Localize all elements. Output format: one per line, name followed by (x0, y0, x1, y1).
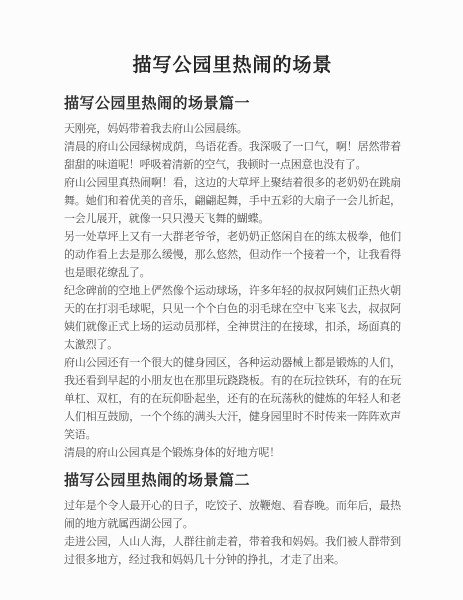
paragraph: 纪念碑前的空地上俨然像个运动球场，许多年轻的叔叔阿姨们正热火朝天的在打羽毛球呢，… (64, 282, 401, 354)
paragraph: 清晨的府山公园真是个锻炼身体的好地方呢！ (64, 444, 401, 462)
paragraph: 府山公园还有一个很大的健身园区，各种运动器械上都是锻炼的人们，我还看到早起的小朋… (64, 354, 401, 444)
document-title: 描写公园里热闹的场景 (64, 54, 401, 78)
paragraph: 过年是个令人最开心的日子，吃饺子、放鞭炮、看春晚。而年后，最热闹的地方就属西湖公… (64, 497, 401, 533)
paragraph: 天刚亮，妈妈带着我去府山公园晨练。 (64, 120, 401, 138)
paragraph: 清晨的府山公园绿树成荫，鸟语花香。我深吸了一口气，啊！居然带着甜甜的味道呢！呼吸… (64, 138, 401, 174)
section-1-heading: 描写公园里热闹的场景篇一 (64, 95, 401, 114)
essay-section-1: 描写公园里热闹的场景篇一 天刚亮，妈妈带着我去府山公园晨练。 清晨的府山公园绿树… (64, 95, 401, 462)
paragraph: 走进公园，人山人海，人群往前走着，带着我和妈妈。我们被人群带到过很多地方，经过我… (64, 533, 401, 569)
section-2-heading: 描写公园里热闹的场景篇二 (64, 472, 401, 491)
paragraph: 府山公园里真热闹啊！看，这边的大草坪上聚结着很多的老奶奶在跳扇舞。她们和着优美的… (64, 174, 401, 228)
essay-section-2: 描写公园里热闹的场景篇二 过年是个令人最开心的日子，吃饺子、放鞭炮、看春晚。而年… (64, 472, 401, 569)
paragraph: 另一处草坪上又有一大群老爷爷，老奶奶正悠闲自在的练太极拳，他们的动作看上去是那么… (64, 228, 401, 282)
document-page: 描写公园里热闹的场景 描写公园里热闹的场景篇一 天刚亮，妈妈带着我去府山公园晨练… (0, 0, 463, 600)
